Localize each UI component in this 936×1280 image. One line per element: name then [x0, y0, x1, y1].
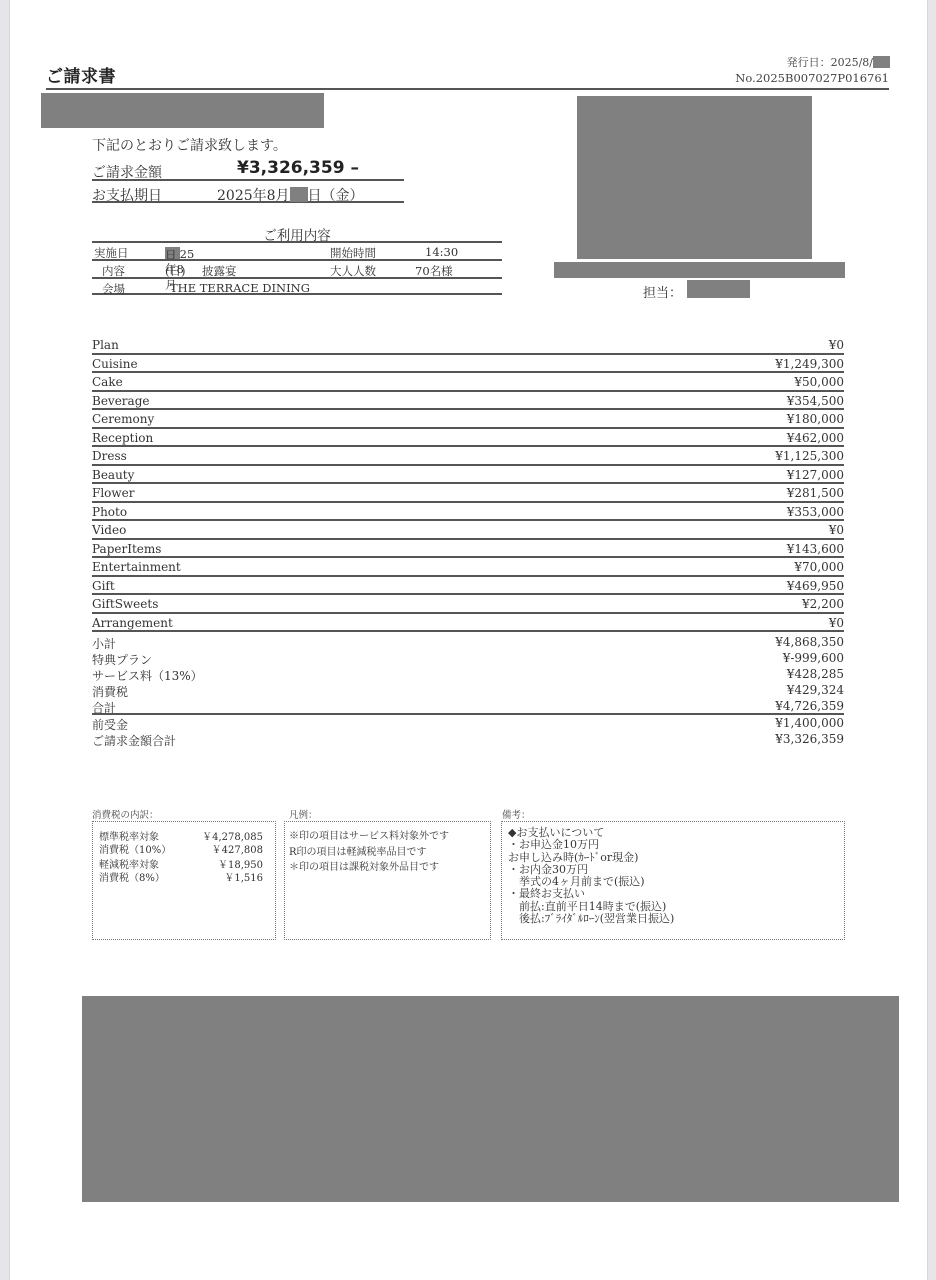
invoice-amount-row: ご請求金額 ¥3,326,359 – [92, 157, 404, 181]
line-item-amount: ¥1,249,300 [775, 357, 844, 371]
line-item-label: Arrangement [92, 616, 173, 630]
document-title: ご請求書 [46, 62, 116, 87]
line-item-label: Ceremony [92, 412, 154, 426]
line-item-label: Beverage [92, 394, 149, 408]
line-item-label: Beauty [92, 468, 134, 482]
redacted-due-day [290, 187, 308, 202]
line-item-amount: ¥2,200 [802, 597, 844, 611]
usage-row-venue: 会場 THE TERRACE DINING [92, 277, 502, 295]
line-item-amount: ¥127,000 [787, 468, 844, 482]
legend-box: ※印の項目はサービス料対象外ですR印の項目は軽減税率品目です＊印の項目は課税対象… [284, 821, 491, 940]
line-item-label: Gift [92, 579, 115, 593]
legend-line: ※印の項目はサービス料対象外です [289, 827, 449, 843]
line-item-amount: ¥1,125,300 [775, 449, 844, 463]
redacted-bank-info [82, 996, 899, 1202]
tax-breakdown-row: 標準税率対象￥4,278,085 [99, 828, 263, 841]
line-item-row: Beauty¥127,000 [92, 466, 844, 485]
totals-amount: ¥4,868,350 [775, 635, 844, 649]
totals-row: 合計¥4,726,359 [92, 698, 844, 715]
notes-line: 後払:ﾌﾞﾗｲﾀﾞﾙﾛｰﾝ(翌営業日振込) [508, 913, 674, 925]
line-item-row: GiftSweets¥2,200 [92, 595, 844, 614]
legend-label: 凡例： [289, 807, 318, 821]
redacted-recipient [41, 93, 324, 128]
line-item-row: Dress¥1,125,300 [92, 447, 844, 466]
tax-breakdown-row: 軽減税率対象￥18,950 [99, 856, 263, 869]
line-item-amount: ¥0 [829, 338, 844, 352]
totals-row: サービス料（13%）¥428,285 [92, 666, 844, 682]
usage-details-table: 実施日 2025年8月日(日) 開始時間 14:30 内容 披露宴 大人人数 7… [92, 241, 502, 295]
invoice-page: ご請求書 発行日：2025/8/ No.2025B007027P016761 担… [9, 0, 928, 1280]
line-item-amount: ¥0 [829, 616, 844, 630]
totals-amount: ¥-999,600 [783, 651, 844, 665]
line-item-row: Arrangement¥0 [92, 614, 844, 633]
line-item-amount: ¥354,500 [787, 394, 844, 408]
tax-breakdown-label: 消費税（10%） [99, 841, 171, 856]
tax-breakdown-row: 消費税（10%）￥427,808 [99, 841, 263, 854]
notes-line: ・最終お支払い [508, 888, 674, 900]
totals-row: 特典プラン¥-999,600 [92, 650, 844, 666]
usage-row-date: 実施日 2025年8月日(日) 開始時間 14:30 [92, 241, 502, 259]
tax-breakdown-box: 標準税率対象￥4,278,085消費税（10%）￥427,808軽減税率対象￥1… [92, 821, 276, 940]
line-item-amount: ¥353,000 [787, 505, 844, 519]
totals-row: 小計¥4,868,350 [92, 634, 844, 650]
line-item-label: PaperItems [92, 542, 161, 556]
issue-date-label: 発行日：2025/8/ [787, 56, 873, 69]
totals-amount: ¥428,285 [787, 667, 844, 681]
line-item-label: Photo [92, 505, 127, 519]
redacted-company-address [554, 262, 845, 278]
line-item-label: Cake [92, 375, 123, 389]
line-item-label: Video [92, 523, 126, 537]
line-item-row: Plan¥0 [92, 336, 844, 355]
tax-breakdown-label: 消費税の内訳： [92, 807, 159, 821]
line-item-amount: ¥469,950 [787, 579, 844, 593]
line-item-row: Photo¥353,000 [92, 503, 844, 522]
totals-amount: ¥4,726,359 [775, 699, 844, 713]
line-item-row: Flower¥281,500 [92, 484, 844, 503]
staff-label: 担当： [643, 282, 682, 301]
issue-date: 発行日：2025/8/ [787, 54, 890, 70]
totals-amount: ¥429,324 [787, 683, 844, 697]
usage-row-content: 内容 披露宴 大人人数 70名様 [92, 259, 502, 277]
line-item-label: Cuisine [92, 357, 138, 371]
totals-row: ご請求金額合計¥3,326,359 [92, 731, 844, 747]
tax-breakdown-label: 消費税（8%） [99, 869, 165, 884]
line-item-row: Ceremony¥180,000 [92, 410, 844, 429]
totals-row: 消費税¥429,324 [92, 682, 844, 698]
document-number: No.2025B007027P016761 [735, 71, 889, 85]
line-item-row: Reception¥462,000 [92, 429, 844, 448]
venue-label: 会場 [102, 281, 125, 297]
line-item-label: GiftSweets [92, 597, 158, 611]
legend-lines: ※印の項目はサービス料対象外ですR印の項目は軽減税率品目です＊印の項目は課税対象… [289, 827, 449, 874]
line-item-amount: ¥180,000 [787, 412, 844, 426]
title-divider [46, 88, 889, 90]
redacted-staff-name [687, 280, 750, 298]
line-item-row: Cake¥50,000 [92, 373, 844, 392]
line-item-label: Entertainment [92, 560, 181, 574]
intro-text: 下記のとおりご請求致します。 [92, 135, 287, 155]
redacted-company-logo [577, 96, 812, 259]
invoice-amount-label: ご請求金額 [92, 162, 162, 182]
notes-label: 備考： [502, 807, 531, 821]
tax-breakdown-amount: ￥1,516 [224, 869, 263, 884]
venue-value: THE TERRACE DINING [170, 281, 310, 295]
start-time-value: 14:30 [425, 245, 458, 259]
tax-breakdown-row: 消費税（8%）￥1,516 [99, 869, 263, 882]
due-date-row: お支払期日 2025年8月日（金） [92, 181, 404, 203]
line-item-label: Reception [92, 431, 153, 445]
line-item-row: Gift¥469,950 [92, 577, 844, 596]
line-item-row: Cuisine¥1,249,300 [92, 355, 844, 374]
notes-line: ・お申込金10万円 [508, 839, 674, 851]
totals-row: 前受金¥1,400,000 [92, 715, 844, 731]
line-item-amount: ¥143,600 [787, 542, 844, 556]
due-date-prefix: 2025年8月 [217, 188, 290, 204]
totals-label: 合計 [92, 699, 116, 716]
tax-breakdown-amount: ￥427,808 [212, 841, 263, 856]
line-item-amount: ¥462,000 [787, 431, 844, 445]
line-item-label: Dress [92, 449, 127, 463]
line-item-amount: ¥70,000 [794, 560, 844, 574]
legend-line: R印の項目は軽減税率品目です [289, 843, 449, 859]
redacted-day [873, 56, 890, 68]
line-item-amount: ¥50,000 [794, 375, 844, 389]
due-date-value: 2025年8月日（金） [217, 185, 364, 205]
line-item-row: PaperItems¥143,600 [92, 540, 844, 559]
due-date-suffix: 日（金） [308, 188, 364, 204]
line-item-amount: ¥0 [829, 523, 844, 537]
notes-box: ◆お支払いについて・お申込金10万円お申し込み時(ｶｰﾄﾞor現金)・お内金30… [501, 821, 845, 940]
line-item-label: Plan [92, 338, 119, 352]
invoice-amount-value: ¥3,326,359 – [237, 158, 359, 178]
line-item-row: Video¥0 [92, 521, 844, 540]
line-items-table: Plan¥0Cuisine¥1,249,300Cake¥50,000Bevera… [92, 336, 844, 632]
legend-line: ＊印の項目は課税対象外品目です [289, 858, 449, 874]
notes-lines: ◆お支払いについて・お申込金10万円お申し込み時(ｶｰﾄﾞor現金)・お内金30… [508, 827, 674, 925]
totals-amount: ¥1,400,000 [775, 716, 844, 730]
line-item-row: Entertainment¥70,000 [92, 558, 844, 577]
totals-amount: ¥3,326,359 [775, 732, 844, 746]
line-item-amount: ¥281,500 [787, 486, 844, 500]
totals-label: ご請求金額合計 [92, 732, 176, 749]
line-item-row: Beverage¥354,500 [92, 392, 844, 411]
totals-table: 小計¥4,868,350特典プラン¥-999,600サービス料（13%）¥428… [92, 634, 844, 747]
due-date-label: お支払期日 [92, 185, 162, 205]
tax-breakdown-lines: 標準税率対象￥4,278,085消費税（10%）￥427,808軽減税率対象￥1… [99, 828, 263, 881]
line-item-label: Flower [92, 486, 135, 500]
